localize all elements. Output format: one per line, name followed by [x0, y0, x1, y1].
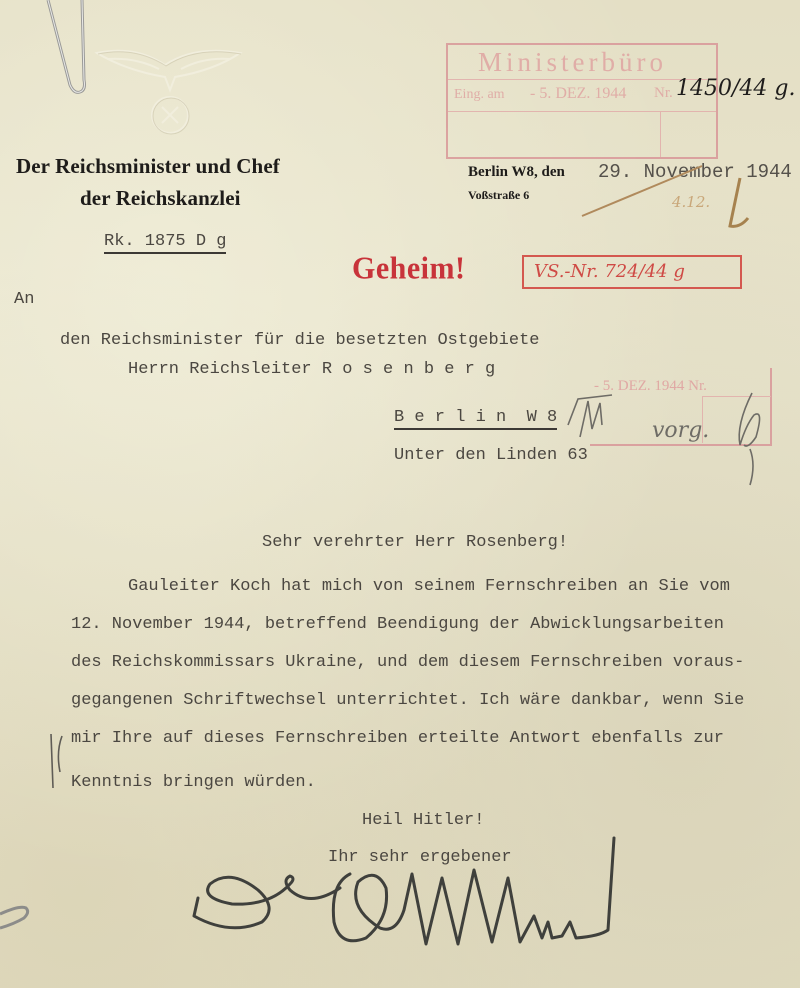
recipient-prefix: An — [14, 290, 34, 309]
stamp-number-label: Nr. — [654, 85, 673, 102]
recipient-city: B e r l i n W 8 — [394, 408, 557, 430]
stamp-title: Ministerbüro — [478, 47, 667, 78]
handwritten-date-note: 4.12. — [672, 193, 710, 211]
vs-number-box: VS.-Nr. 724/44 g — [522, 255, 742, 289]
paperclip-icon — [40, 0, 100, 100]
recipient-line1: den Reichsminister für die besetzten Ost… — [60, 331, 539, 350]
body-line-1: Gauleiter Koch hat mich von seinem Ferns… — [128, 577, 730, 596]
letterhead-line1: Der Reichsminister und Chef — [16, 154, 280, 179]
ministerbuero-stamp: Ministerbüro Eing. am - 5. DEZ. 1944 Nr. — [446, 43, 718, 159]
recipient-line2: Herrn Reichsleiter R o s e n b e r g — [128, 360, 495, 379]
stamp-handwritten-number: 1450/44 g. — [676, 76, 795, 101]
recipient-street: Unter den Linden 63 — [394, 446, 588, 465]
classification-label: Geheim! — [352, 251, 465, 287]
greeting: Sehr verehrter Herr Rosenberg! — [262, 533, 568, 552]
eagle-emblem-icon — [95, 35, 245, 140]
stamp-received-label: Eing. am — [454, 87, 505, 103]
margin-pencil-mark — [48, 732, 68, 792]
body-line-4: gegangenen Schriftwechsel unterrichtet. … — [71, 691, 744, 710]
vs-number: VS.-Nr. 724/44 g — [534, 261, 685, 282]
body-line-6: Kenntnis bringen würden. — [71, 773, 316, 792]
sender-street: Voßstraße 6 — [468, 188, 529, 203]
paperclip-bottom-icon — [0, 900, 40, 940]
stamp-received-date: - 5. DEZ. 1944 — [530, 85, 626, 103]
sender-city: Berlin W8, den — [468, 164, 565, 181]
reference-number: Rk. 1875 D g — [104, 232, 226, 254]
pencil-annotation-text: vorg. — [652, 418, 709, 443]
body-line-5: mir Ihre auf dieses Fernschreiben erteil… — [71, 729, 724, 748]
letterhead-line2: der Reichskanzlei — [80, 186, 241, 211]
document-page: Der Reichsminister und Chef der Reichska… — [0, 0, 800, 988]
body-line-3: des Reichskommissars Ukraine, und dem di… — [71, 653, 744, 672]
body-line-2: 12. November 1944, betreffend Beendigung… — [71, 615, 724, 634]
signature — [190, 818, 640, 968]
